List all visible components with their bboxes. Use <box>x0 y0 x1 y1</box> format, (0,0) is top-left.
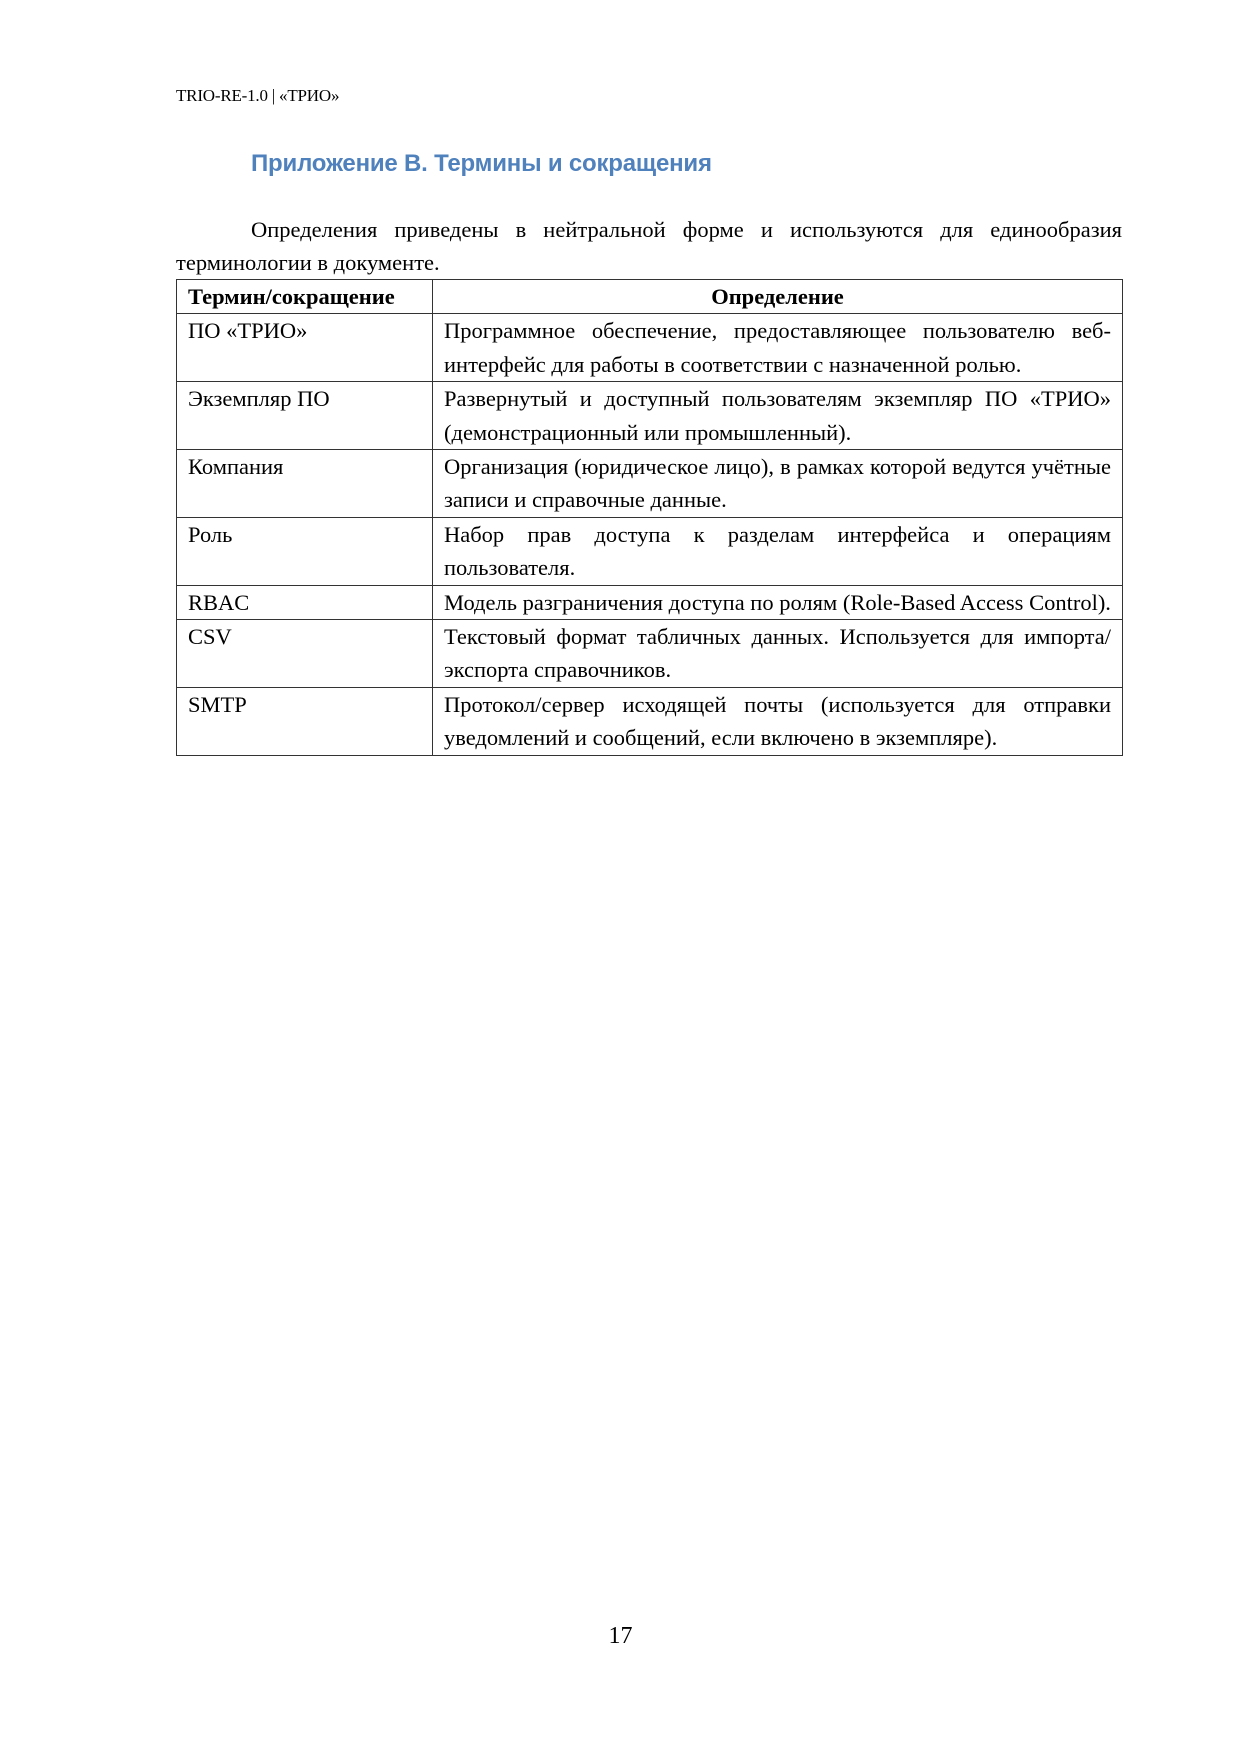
table-header-row: Термин/сокращение Определение <box>177 280 1123 314</box>
term-cell: Компания <box>177 450 433 518</box>
table-row: Роль Набор прав доступа к разделам интер… <box>177 517 1123 585</box>
terms-table: Термин/сокращение Определение ПО «ТРИО» … <box>176 279 1123 756</box>
term-cell: CSV <box>177 620 433 688</box>
term-cell: SMTP <box>177 687 433 755</box>
definition-cell: Модель разграничения доступа по ролям (R… <box>433 585 1123 619</box>
column-header-term: Термин/сокращение <box>177 280 433 314</box>
definition-cell: Организация (юридическое лицо), в рамках… <box>433 450 1123 518</box>
table-row: SMTP Протокол/сервер исходящей почты (ис… <box>177 687 1123 755</box>
definition-cell: Набор прав доступа к разделам интерфейса… <box>433 517 1123 585</box>
definition-cell: Развернутый и доступный пользователям эк… <box>433 382 1123 450</box>
table-row: Компания Организация (юридическое лицо),… <box>177 450 1123 518</box>
term-cell: Роль <box>177 517 433 585</box>
table-row: Экземпляр ПО Развернутый и доступный пол… <box>177 382 1123 450</box>
definition-cell: Протокол/сервер исходящей почты (использ… <box>433 687 1123 755</box>
intro-paragraph: Определения приведены в нейтральной форм… <box>176 213 1122 279</box>
column-header-definition: Определение <box>433 280 1123 314</box>
term-cell: ПО «ТРИО» <box>177 314 433 382</box>
table-row: CSV Текстовый формат табличных данных. И… <box>177 620 1123 688</box>
table-row: ПО «ТРИО» Программное обеспечение, предо… <box>177 314 1123 382</box>
term-cell: Экземпляр ПО <box>177 382 433 450</box>
table-row: RBAC Модель разграничения доступа по рол… <box>177 585 1123 619</box>
term-cell: RBAC <box>177 585 433 619</box>
section-title: Приложение В. Термины и сокращения <box>251 150 712 178</box>
definition-cell: Текстовый формат табличных данных. Испол… <box>433 620 1123 688</box>
page-number: 17 <box>0 1623 1241 1650</box>
definition-cell: Программное обеспечение, предоставляющее… <box>433 314 1123 382</box>
running-header: TRIO-RE-1.0 | «ТРИО» <box>176 86 339 106</box>
